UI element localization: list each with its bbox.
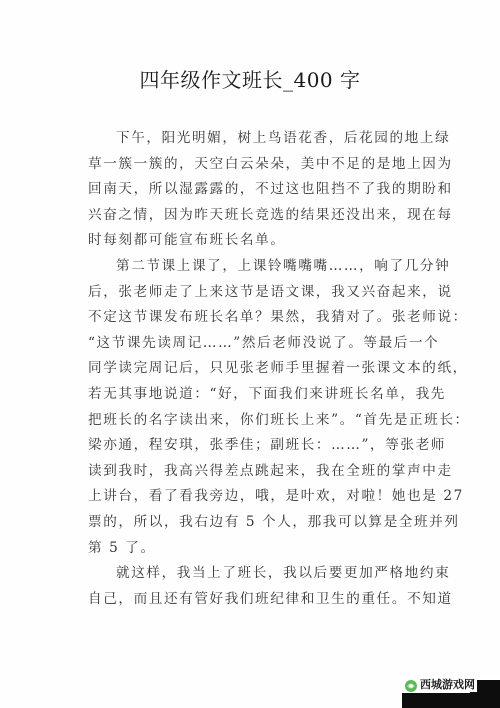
paragraph-2-line-12: 第 5 了。 xyxy=(88,536,414,562)
document-title: 四年级作文班长_400 字 xyxy=(0,66,500,94)
paragraph-2-line-3: 不定这节课发布班长名单？果然，我猜对了。张老师说： xyxy=(88,305,414,331)
paragraph-2-line-5: 同学读完周记后，只见张老师手里握着一张课文本的纸， xyxy=(88,356,414,382)
paragraph-2-line-6: 若无其事地说道：“好，下面我们来讲班长名单，我先 xyxy=(88,382,414,408)
watermark-text: 西城游戏网 xyxy=(420,678,477,692)
paragraph-1-line-5: 时每刻都可能宣布班长名单。 xyxy=(88,228,414,254)
paragraph-1-line-1: 下午，阳光明媚，树上鸟语花香，后花园的地上绿 xyxy=(88,126,414,152)
paragraph-3-line-1: 就这样，我当上了班长，我以后要更加严格地约束 xyxy=(88,561,414,587)
paragraph-2-line-7: 把班长的名字读出来，你们班长上来”。“首先是正班长： xyxy=(88,408,414,434)
paragraph-1-line-3: 回南天，所以湿露露的，不过这也阻挡不了我的期盼和 xyxy=(88,177,414,203)
paragraph-1-line-2: 草一簇一簇的，天空白云朵朵，美中不足的是地上因为 xyxy=(88,152,414,178)
paragraph-2-line-11: 票的，所以，我右边有 5 个人，那我可以算是全班并列 xyxy=(88,510,414,536)
document-page: 四年级作文班长_400 字 下午，阳光明媚，树上鸟语花香，后花园的地上绿 草一簇… xyxy=(0,0,500,708)
paragraph-2-line-9: 读到我时，我高兴得差点跳起来，我在全班的掌声中走 xyxy=(88,459,414,485)
paragraph-2-line-2: 后，张老师走了上来这节是语文课，我又兴奋起来，说 xyxy=(88,280,414,306)
paragraph-2-line-8: 梁亦通，程安琪，张季佳；副班长：……”，等张老师 xyxy=(88,433,414,459)
paragraph-2-line-4: “这节课先读周记……”然后老师没说了。等最后一个 xyxy=(88,331,414,357)
paragraph-2-line-1: 第二节课上课了，上课铃嘴嘴嘴……，响了几分钟 xyxy=(88,254,414,280)
paragraph-3-line-2: 自己，而且还有管好我们班纪律和卫生的重任。不知道 xyxy=(88,587,414,613)
leaf-logo-icon xyxy=(404,679,418,693)
paragraph-2-line-10: 上讲台，看了看我旁边，哦，是叶欢，对啦！她也是 27 xyxy=(88,484,414,510)
document-body: 下午，阳光明媚，树上鸟语花香，后花园的地上绿 草一簇一簇的，天空白云朵朵，美中不… xyxy=(88,126,414,612)
paragraph-1-line-4: 兴奋之情，因为昨天班长竞选的结果还没出来，现在每 xyxy=(88,203,414,229)
